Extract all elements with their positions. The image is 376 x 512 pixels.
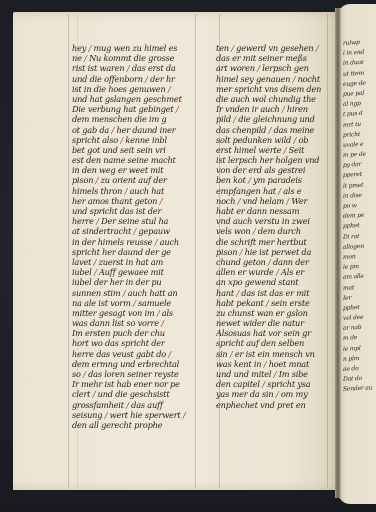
book-gutter — [335, 8, 341, 498]
manuscript-line: art woren / lerpsch gen — [216, 63, 330, 73]
manuscript-line: das er mit seiner meßs — [216, 53, 330, 63]
ruling-line-left-outer — [68, 14, 69, 488]
manuscript-line: mitter gesagt von im / als — [72, 308, 206, 318]
text-column-left: hey / mug wen zu himel esne / Nu kommt d… — [72, 43, 206, 430]
manuscript-line: her amos thant geton / — [72, 196, 206, 206]
manuscript-line: und die offenborn / der hr — [72, 74, 206, 84]
manuscript-line: vels won / dem durch — [216, 226, 330, 236]
manuscript-line: Sender au — [343, 384, 376, 396]
manuscript-line: den all gerecht prophe — [72, 420, 206, 430]
manuscript-line: seisung / wert hie sperwert / — [72, 410, 206, 420]
manuscript-line: bet got und seit sein vri — [72, 145, 206, 155]
manuscript-line: habt pekant / sein erste — [216, 298, 330, 308]
manuscript-line: est den name seine macht — [72, 155, 206, 165]
manuscript-line: noch / vnd helam / Wer — [216, 196, 330, 206]
manuscript-line: sin / er ist ein mensch vn — [216, 349, 330, 359]
manuscript-line: Alsosuas hat vor sein gr — [216, 328, 330, 338]
manuscript-line: enphechet vnd pret en — [216, 400, 330, 410]
manuscript-line: hort wo das spricht der — [72, 338, 206, 348]
manuscript-line: herre das veust gabt do / — [72, 349, 206, 359]
manuscript-line: allen er wurde / Als er — [216, 267, 330, 277]
manuscript-line: und hat gslangen geschmet — [72, 94, 206, 104]
manuscript-line: Im ersten puch der chu — [72, 328, 206, 338]
manuscript-line: ot gab da / her daund iner — [72, 125, 206, 135]
manuscript-line: mer spricht vns disem den — [216, 84, 330, 94]
manuscript-line: die schrift mer hertbut — [216, 237, 330, 247]
manuscript-line: spricht also / kenne inbl — [72, 135, 206, 145]
manuscript-line: ben kot / ym paradeis — [216, 175, 330, 185]
manuscript-line: solt pedunken wild / ob — [216, 135, 330, 145]
manuscript-line: das chenpild / das meine — [216, 125, 330, 135]
manuscript-line: spricht her daund der ge — [72, 247, 206, 257]
manuscript-line: in den weg er weet mit — [72, 165, 206, 175]
manuscript-line: dem menschen die im g — [72, 114, 206, 124]
manuscript-line: pison / zu orient auf der — [72, 175, 206, 185]
manuscript-line: in der himels reusse / auch — [72, 237, 206, 247]
manuscript-line: zu chunst wan er gslon — [216, 308, 330, 318]
manuscript-line: iubel / Auff gewaee mit — [72, 267, 206, 277]
manuscript-line: vnd auch verstu in zwei — [216, 216, 330, 226]
manuscript-line: sunnen stim / auch hatt an — [72, 288, 206, 298]
manuscript-line: na ale ist vorm / samuele — [72, 298, 206, 308]
manuscript-line: pild / die gleichnung und — [216, 114, 330, 124]
manuscript-line: dem ermng und erbrechtal — [72, 359, 206, 369]
manuscript-line: empfangen hat / als e — [216, 186, 330, 196]
manuscript-line: himels thron / auch hat — [72, 186, 206, 196]
manuscript-line: die auch wol chundig the — [216, 94, 330, 104]
manuscript-line: pison / hie ist perwet da — [216, 247, 330, 257]
manuscript-line: iubel der her in der pu — [72, 277, 206, 287]
manuscript-line: Ir mehr ist hab ener nor pe — [72, 379, 206, 389]
manuscript-line: habt er dann nessam — [216, 206, 330, 216]
text-column-right: ten / gewerd vn gesehen /das er mit sein… — [216, 43, 330, 410]
text-column-facing-page: rulwpi in endin duozut ttemeuge depue pa… — [343, 37, 376, 395]
manuscript-line: spricht auf den selben — [216, 338, 330, 348]
manuscript-line: und spricht das ist der — [72, 206, 206, 216]
manuscript-line: von der erd als gestrei — [216, 165, 330, 175]
manuscript-line: rist ist waren / das erst da — [72, 63, 206, 73]
manuscript-line: Die verbung hat gebinget / — [72, 104, 206, 114]
manuscript-line: erst himel werte / Seit — [216, 145, 330, 155]
manuscript-line: ten / gewerd vn gesehen / — [216, 43, 330, 53]
manuscript-line: an xpo gewend stant — [216, 277, 330, 287]
manuscript-line: at sindertracht / gepauw — [72, 226, 206, 236]
manuscript-line: so / das loren seiner reyste — [72, 369, 206, 379]
manuscript-line: grossfamheit / das auff — [72, 400, 206, 410]
manuscript-line: clert / und die geschsistt — [72, 389, 206, 399]
manuscript-line: Ir vnden ir auch / hiren — [216, 104, 330, 114]
manuscript-line: herre / Der seine stul ha — [72, 216, 206, 226]
manuscript-line: was dann list so vorre / — [72, 318, 206, 328]
manuscript-line: ne / Nu kommt die grosse — [72, 53, 206, 63]
manuscript-line: chund geton / dann der — [216, 257, 330, 267]
manuscript-line: yas mer da sin / om my — [216, 389, 330, 399]
manuscript-line: und und mitel / Im sibe — [216, 369, 330, 379]
manuscript-line: hey / mug wen zu himel es — [72, 43, 206, 53]
manuscript-line: ist in die hoes genuwen / — [72, 84, 206, 94]
manuscript-line: den capitel / spricht ysa — [216, 379, 330, 389]
manuscript-line: newet wider die natur — [216, 318, 330, 328]
manuscript-line: ist lerpsch her holgen vnd — [216, 155, 330, 165]
manuscript-line: lavet / zuerst in hat am — [72, 257, 206, 267]
manuscript-line: himel sey genauen / nocht — [216, 74, 330, 84]
manuscript-line: hant / das ist das er mit — [216, 288, 330, 298]
manuscript-line: was kent in / hoet mnat — [216, 359, 330, 369]
